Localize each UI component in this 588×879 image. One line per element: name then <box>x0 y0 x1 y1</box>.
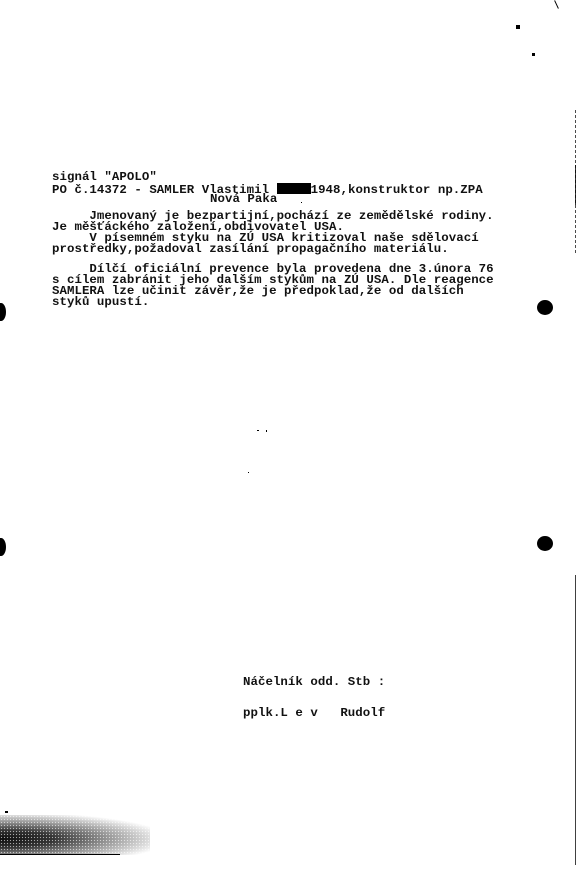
speck <box>266 430 267 432</box>
body-line: styků upustí. <box>52 297 149 308</box>
speck <box>516 25 520 29</box>
scanned-document-page: signál "APOLO" PO č.14372 - SAMLER Vlast… <box>0 0 588 879</box>
scan-edge-line <box>575 165 576 205</box>
scan-edge-line <box>575 575 576 865</box>
punch-hole <box>537 536 553 551</box>
punch-hole <box>0 303 6 321</box>
speck <box>554 0 559 9</box>
speck <box>532 53 535 56</box>
record-suffix: 1948,konstruktor np.ZPA <box>311 183 483 197</box>
signal-line: signál "APOLO" <box>52 172 157 183</box>
speck <box>248 472 249 473</box>
speck <box>5 811 8 813</box>
punch-hole <box>0 538 6 556</box>
scan-smear-base <box>0 854 120 855</box>
signature-name: pplk.L e v Rudolf <box>243 708 385 719</box>
punch-hole <box>537 300 553 315</box>
location-line: Nová Paka <box>210 194 277 205</box>
redaction-block <box>277 183 311 194</box>
speck <box>301 202 302 203</box>
signature-title: Náčelník odd. Stb : <box>243 677 385 688</box>
body-line: prostředky,požadoval zasílání propagační… <box>52 244 449 255</box>
speck <box>257 430 259 431</box>
scan-smear-texture <box>0 815 150 855</box>
